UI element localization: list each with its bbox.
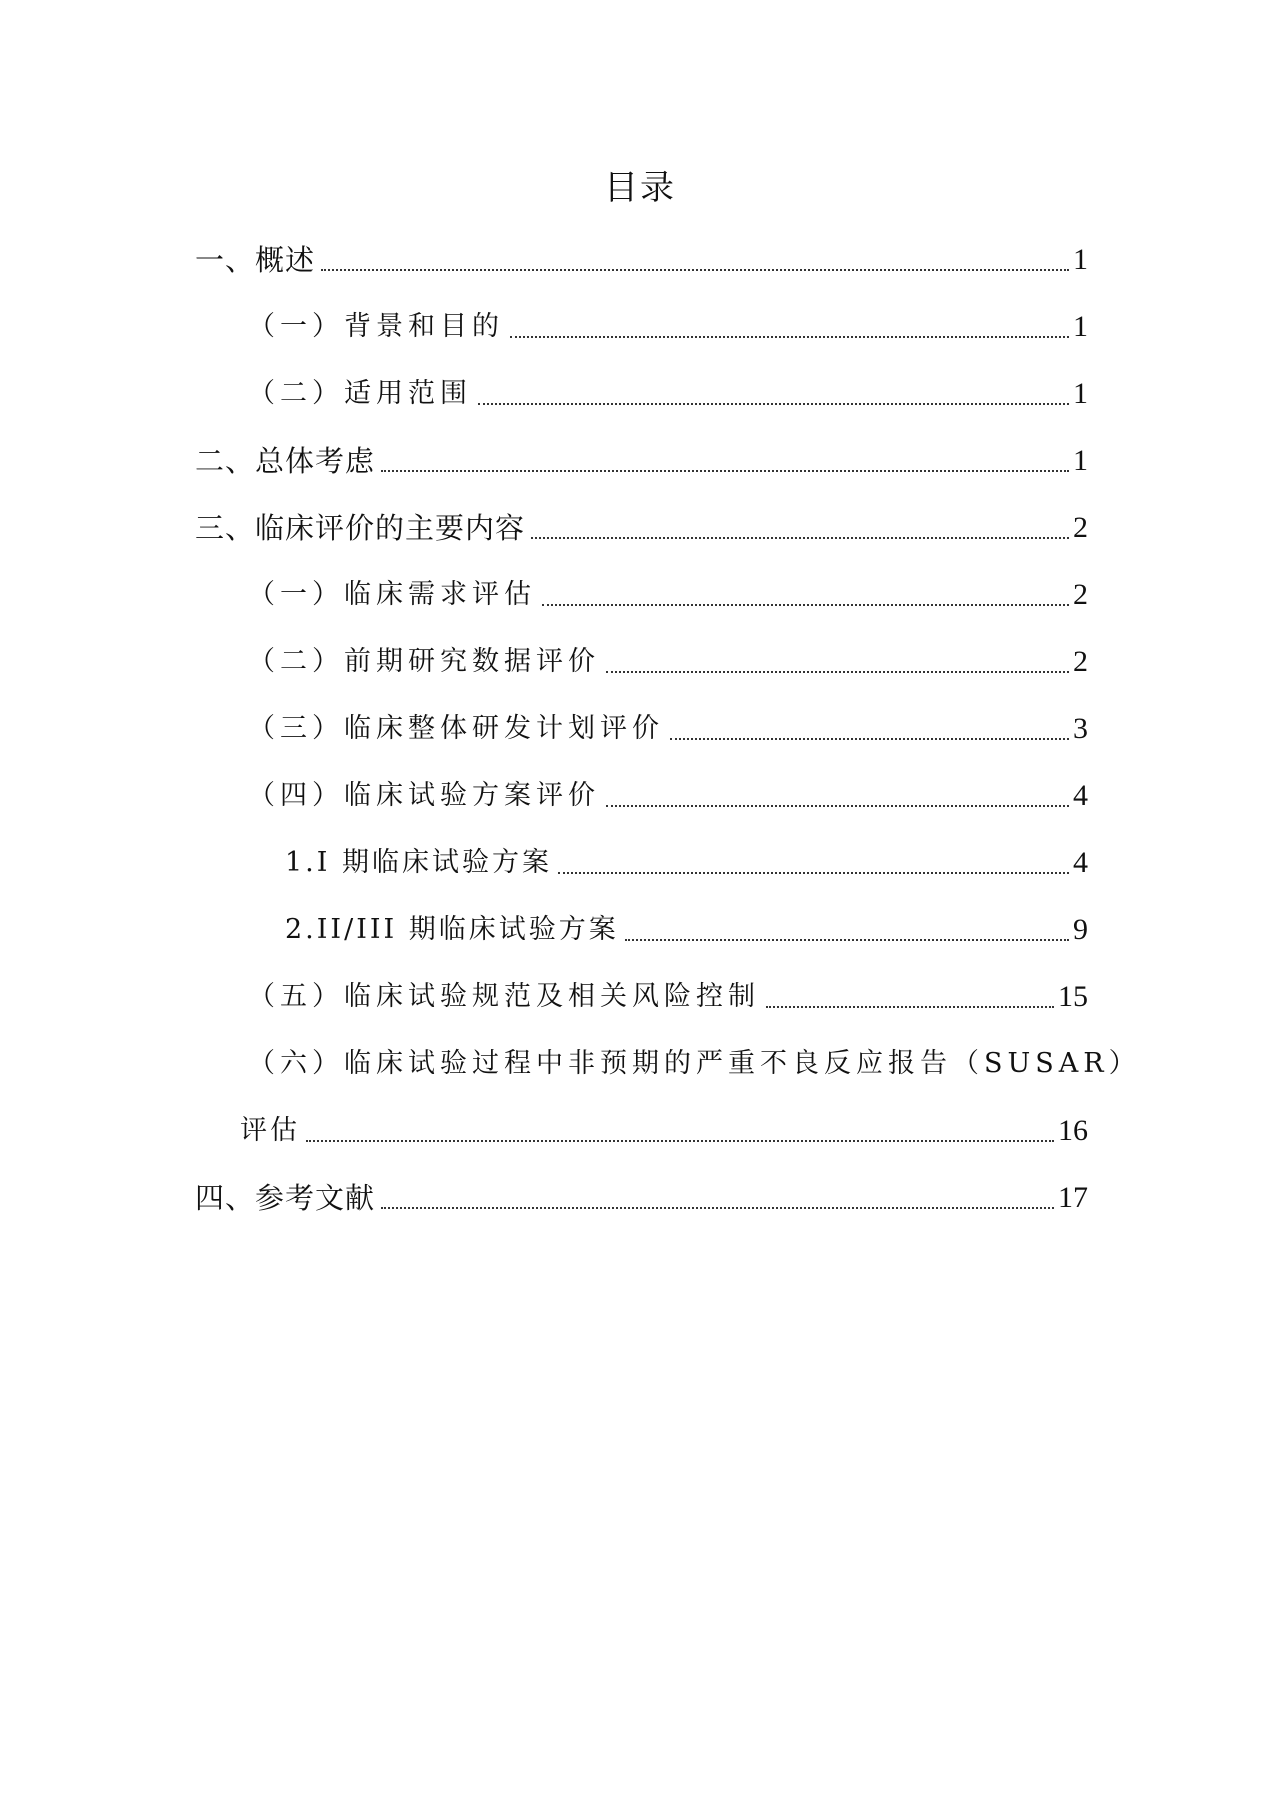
- toc-entry-text: （六）临床试验过程中非预期的严重不良反应报告（SUSAR）: [248, 1044, 1141, 1084]
- toc-page-number: 1: [1073, 374, 1088, 414]
- dot-leader: [558, 872, 1069, 874]
- toc-entry-risk-control[interactable]: （五）临床试验规范及相关风险控制 15: [248, 973, 1088, 1017]
- dot-leader: [321, 269, 1069, 271]
- dot-leader: [381, 1207, 1054, 1209]
- toc-page-number: 1: [1073, 240, 1088, 280]
- toc-entry-text: 评估: [240, 1111, 300, 1151]
- toc-entry-development-plan[interactable]: （三）临床整体研发计划评价 3: [248, 705, 1088, 749]
- toc-entry-text: （三）临床整体研发计划评价: [248, 709, 664, 749]
- toc-entry-text: 三、临床评价的主要内容: [195, 508, 525, 548]
- toc-entry-text: （五）临床试验规范及相关风险控制: [248, 977, 760, 1017]
- toc-page-number: 2: [1073, 642, 1088, 682]
- toc-page-number: 9: [1073, 910, 1088, 950]
- toc-page-number: 3: [1073, 709, 1088, 749]
- dot-leader: [381, 470, 1069, 472]
- toc-page-number: 1: [1073, 441, 1088, 481]
- toc-entry-general-considerations[interactable]: 二、总体考虑 1: [195, 437, 1088, 481]
- toc-entry-main-content[interactable]: 三、临床评价的主要内容 2: [195, 504, 1088, 548]
- toc-entry-text: （二）前期研究数据评价: [248, 642, 600, 682]
- toc-entry-phase-1[interactable]: 1.I 期临床试验方案 4: [285, 839, 1088, 883]
- toc-entry-text: （一）背景和目的: [248, 307, 504, 347]
- toc-entry-clinical-needs[interactable]: （一）临床需求评估 2: [248, 571, 1088, 615]
- toc-entry-references[interactable]: 四、参考文献 17: [195, 1174, 1088, 1218]
- toc-entry-susar[interactable]: （六）临床试验过程中非预期的严重不良反应报告（SUSAR）: [248, 1040, 1088, 1084]
- toc-entry-prior-data[interactable]: （二）前期研究数据评价 2: [248, 638, 1088, 682]
- document-page: 目录 一、概述 1 （一）背景和目的 1 （二）适用范围 1 二、总体考虑 1 …: [0, 0, 1280, 1810]
- dot-leader: [531, 537, 1069, 539]
- toc-entry-text: （二）适用范围: [248, 374, 472, 414]
- toc-page-number: 17: [1058, 1178, 1088, 1218]
- toc-entry-text: 2.II/III 期临床试验方案: [285, 910, 619, 950]
- toc-entry-trial-protocol[interactable]: （四）临床试验方案评价 4: [248, 772, 1088, 816]
- toc-page-number: 15: [1058, 977, 1088, 1017]
- dot-leader: [606, 671, 1069, 673]
- toc-entry-overview[interactable]: 一、概述 1: [195, 236, 1088, 280]
- dot-leader: [766, 1006, 1054, 1008]
- dot-leader: [306, 1140, 1054, 1142]
- toc-entry-text: 1.I 期临床试验方案: [285, 843, 552, 883]
- toc-entry-text: （一）临床需求评估: [248, 575, 536, 615]
- toc-entry-phase-2-3[interactable]: 2.II/III 期临床试验方案 9: [285, 906, 1088, 950]
- toc-entry-text: （四）临床试验方案评价: [248, 776, 600, 816]
- toc-page-number: 4: [1073, 843, 1088, 883]
- toc-page-number: 2: [1073, 575, 1088, 615]
- dot-leader: [606, 805, 1069, 807]
- toc-entry-text: 四、参考文献: [195, 1178, 375, 1218]
- toc-page-number: 1: [1073, 307, 1088, 347]
- toc-page-number: 16: [1058, 1111, 1088, 1151]
- toc-entry-background-purpose[interactable]: （一）背景和目的 1: [248, 303, 1088, 347]
- toc-entry-text: 一、概述: [195, 240, 315, 280]
- toc-page-number: 2: [1073, 508, 1088, 548]
- toc-title: 目录: [0, 166, 1280, 210]
- toc-entry-text: 二、总体考虑: [195, 441, 375, 481]
- toc-entry-scope[interactable]: （二）适用范围 1: [248, 370, 1088, 414]
- dot-leader: [510, 336, 1069, 338]
- toc-entry-susar-continued[interactable]: 评估 16: [240, 1107, 1088, 1151]
- dot-leader: [625, 939, 1069, 941]
- dot-leader: [670, 738, 1069, 740]
- toc-page-number: 4: [1073, 776, 1088, 816]
- dot-leader: [478, 403, 1069, 405]
- dot-leader: [542, 604, 1069, 606]
